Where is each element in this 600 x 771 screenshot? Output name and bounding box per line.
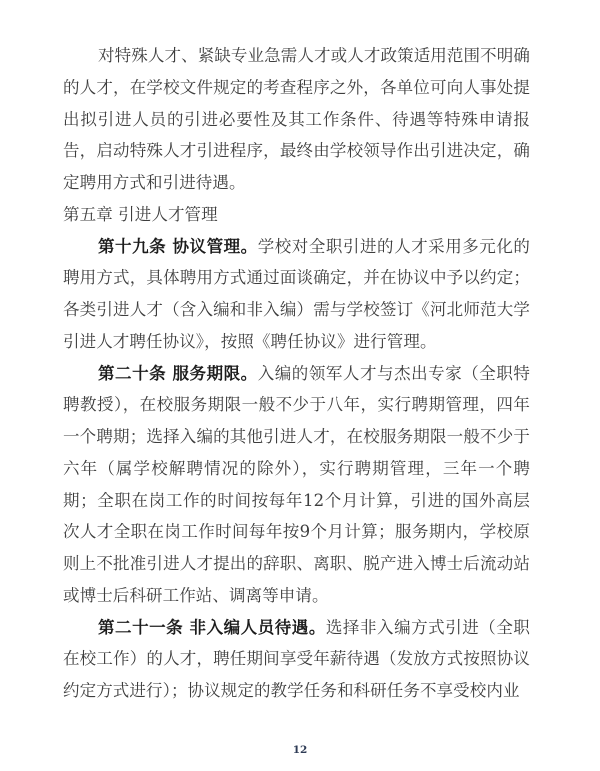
paragraph-article-19-agreement-management-segment-0: 第十九条 协议管理。 bbox=[98, 237, 258, 256]
paragraph-article-19-agreement-management: 第十九条 协议管理。学校对全职引进的人才采用多元化的聘用方式，具体聘用方式通过面… bbox=[63, 231, 530, 358]
paragraph-article-21-non-staffed-treatment-segment-0: 第二十一条 非入编人员待遇。 bbox=[98, 618, 326, 637]
document-page: 对特殊人才、紧缺专业急需人才或人才政策适用范围不明确的人才，在学校文件规定的考查… bbox=[0, 0, 600, 771]
page-number: 12 bbox=[0, 744, 600, 756]
paragraph-special-talent-procedure-segment-0: 对特殊人才、紧缺专业急需人才或人才政策适用范围不明确的人才，在学校文件规定的考查… bbox=[63, 46, 530, 192]
document-body: 对特殊人才、紧缺专业急需人才或人才政策适用范围不明确的人才，在学校文件规定的考查… bbox=[63, 40, 530, 707]
paragraph-special-talent-procedure: 对特殊人才、紧缺专业急需人才或人才政策适用范围不明确的人才，在学校文件规定的考查… bbox=[63, 40, 530, 199]
paragraph-article-20-service-term-segment-1: 入编的领军人才与杰出专家（全职特聘教授），在校服务期限一般不少于八年，实行聘期管… bbox=[63, 364, 530, 605]
chapter-heading: 第五章 引进人才管理 bbox=[63, 199, 530, 231]
paragraph-article-20-service-term: 第二十条 服务期限。入编的领军人才与杰出专家（全职特聘教授），在校服务期限一般不… bbox=[63, 358, 530, 612]
paragraph-article-21-non-staffed-treatment: 第二十一条 非入编人员待遇。选择非入编方式引进（全职在校工作）的人才，聘任期间享… bbox=[63, 612, 530, 707]
chapter-heading-segment-0: 第五章 引进人才管理 bbox=[63, 205, 218, 224]
paragraph-article-20-service-term-segment-0: 第二十条 服务期限。 bbox=[98, 364, 258, 383]
